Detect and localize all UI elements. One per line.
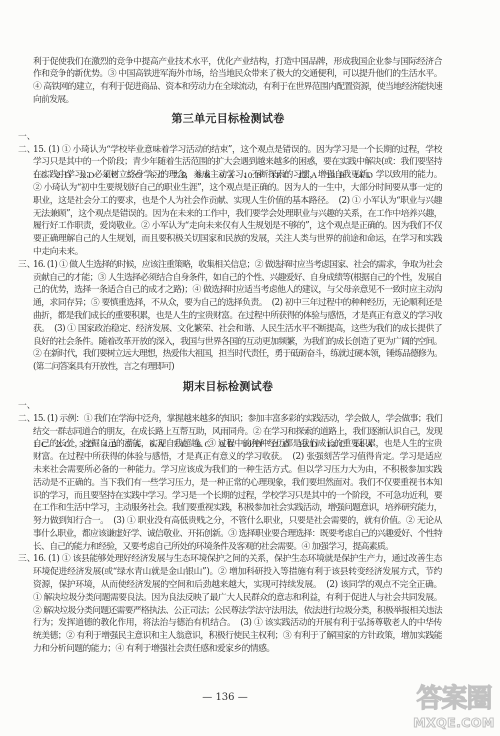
line-text: 事什么职业，都应该谦虚好学、诚信敬业、开拓创新。③ 选择职业要合理选择：既要考虑…: [33, 529, 442, 539]
text-line: 识的学习，而且要坚持在实践中学习。学习是一个长期的过程，学校学习只是其中的一个阶…: [33, 490, 442, 503]
line-text: 中走向未来。: [33, 247, 83, 257]
line-text: 未来社会需要所必备的一种能力。学习应该成为我们的一种生活方式。但以学习压力大为由…: [33, 465, 442, 475]
line-text: 环境促进经济发展(或“绿水青山就是金山银山”)。② 增加科研投入等措施有利于该县…: [33, 567, 442, 577]
text-line: 三、16. (1) ① 该县能够处理好经济发展与生态环境保护之间的关系，保护生态…: [33, 553, 442, 566]
page-content: 利于促使我们在激烈的竞争中提高产业技术水平，优化产业结构，打造中国品牌，形成我国…: [33, 56, 442, 656]
text-line: 在实践中学习)；必须树立终身学习的理念，养成主动学习、不断探索的习惯，增强自我更…: [33, 169, 442, 182]
line-text: ② 解决垃圾分类问题还需要严格执法、公正司法；公民尊法学法守法用法，依法进行垃圾…: [33, 606, 442, 616]
text-line: 未来社会需要所必备的一种能力。学习应该成为我们的一种生活方式。但以学习压力大为由…: [33, 464, 442, 477]
question-label: 二、: [18, 413, 36, 426]
text-line: (第二问答案具有开放性，言之有理即可): [33, 361, 442, 374]
line-text: 活动是不正确的。当下我们有一些学习压力，是一种正常的心理现象，我们要坦然面对。我…: [33, 478, 442, 488]
text-line: 二、15. (1) 示例：① 我们在学海中泛舟，掌握越来越多的知识；参加丰富多彩…: [33, 413, 442, 426]
line-text: 结交一群志同道合的朋友，在成长路上互帮互助，风雨同舟。② 在学习和探索的道路上，…: [33, 427, 442, 437]
document-page: 利于促使我们在激烈的竞争中提高产业技术水平，优化产业结构，打造中国品牌，形成我国…: [0, 0, 500, 736]
answer-line: 一、 1.C 2.C 3.D 4.B 5.A 6.A 7.C 8.C 9.B 1…: [33, 400, 442, 413]
text-line: ② 解决垃圾分类问题还需要严格执法、公正司法；公民尊法学法守法用法，依法进行垃圾…: [33, 605, 442, 618]
line-text: ② 小琦认为“初中生要规划好自己的职业生涯”，这个观点是正确的。因为人的一生中，…: [33, 183, 442, 193]
line-text: 统美德；② 有利于增强民主意识和主人翁意识，积极行使民主权利；③ 有利于了解国家…: [33, 631, 442, 641]
text-line: 努力做到知行合一。 (3) ① 职业没有高低贵贱之分，不管什么职业，只要是社会需…: [33, 515, 442, 528]
text-line: 通，求同存异；⑤ 要慎重选择，不从众，要为自己的选择负责。 (2) 初中三年过程…: [33, 297, 442, 310]
line-text: 努力做到知行合一。 (3) ① 职业没有高低贵贱之分，不管什么职业，只要是社会需…: [33, 516, 442, 526]
question-label: 三、: [18, 259, 36, 272]
text-line: 获。 (3) ① 国家政治稳定、经济发展、文化繁荣、社会和谐、人民生活水平不断提…: [33, 323, 442, 336]
text-line: 在工作和生活中学习，主动服务社会。我们要重视实践，积极参加社会实践活动，增强问题…: [33, 502, 442, 515]
text-line: 履行好工作职责，爱岗敬业。② 小军认为“走向未来仅有人生规划是不够的”，这个观点…: [33, 220, 442, 233]
line-text: 在工作和生活中学习，主动服务社会。我们要重视实践，积极参加社会实践活动，增强问题…: [33, 503, 442, 513]
text-line: 活动是不正确的。当下我们有一些学习压力，是一种正常的心理现象，我们要坦然面对。我…: [33, 477, 442, 490]
text-line: 职业，这是社会分工的要求，也是个人为社会作贡献、实现人生价值的基本路径。 (2)…: [33, 195, 442, 208]
line-text: 作和竞争的新优势。③ 中国高铁进军海外市场，给当地民众带来了极大的交通便利，可以…: [33, 69, 442, 79]
text-line: 财富。在过程中所获得的体验与感悟，才是真正有意义的学习收获。 (2) 张强刻苦学…: [33, 451, 442, 464]
text-line: 二、15. (1) ① 小琦认为“学校毕业意味着学习活动的结束”，这个观点是错误…: [33, 144, 442, 157]
text-line: 环境促进经济发展(或“绿水青山就是金山银山”)。② 增加科研投入等措施有利于该县…: [33, 566, 442, 579]
text-line: 己的优势，选择一条适合自己的成才之路)；④ 做选择时应适当考虑他人的建议，与父母…: [33, 284, 442, 297]
line-text: 识的学习，而且要坚持在实践中学习。学习是一个长期的过程，学校学习只是其中的一个阶…: [33, 491, 442, 501]
question-label: 三、: [18, 553, 36, 566]
text-line: 良好的社会条件。随着改革开放的深入，我国与世界各国的互动更加频繁，为我们的成长创…: [33, 336, 442, 349]
text-line: 利于促使我们在激烈的竞争中提高产业技术水平，优化产业结构，打造中国品牌，形成我国…: [33, 56, 442, 69]
text-line: ① 解决垃圾分类问题需要良法。因为良法反映了最广大人民群众的意志和利益，有利于促…: [33, 592, 442, 605]
line-text: 学习只是其中的一个阶段；青少年随着生活范围的扩大会遇到越来越多的困惑，要在实践中…: [33, 157, 442, 167]
section-title: 第三单元目标检测试卷: [33, 107, 442, 131]
line-text: 15. (1) ① 小琦认为“学校毕业意味着学习活动的结束”，这个观点是错误的。…: [33, 145, 442, 155]
text-line: 中走向未来。: [33, 246, 442, 259]
text-line: 贡献自己的才能；③ 人生选择必须结合自身条件，如自己的个性、兴趣爱好、自身成绩等…: [33, 272, 442, 285]
text-line: ② 在新时代，我们要树立远大理想，热爱伟大祖国，担当时代责任，勇于砥砺奋斗，练就…: [33, 348, 442, 361]
line-text: 良好的社会条件。随着改革开放的深入，我国与世界各国的互动更加频繁，为我们的成长创…: [33, 337, 442, 347]
text-line: 自己的长处，挖掘自己的潜能，实现自我超越。③ 过程中的种种经历都是我们成长的重要…: [33, 438, 442, 451]
line-text: 要正确理解自己的人生规划，而且要积极关切国家和民族的发展，关注人类与世界的前途和…: [33, 234, 442, 244]
watermark: 答案圈 MXQE.COM: [409, 682, 499, 730]
text-line: ④ 高铁网的建立，有利于促进商品、资本和劳动力在全球流动，有利于在世界范围内配置…: [33, 81, 442, 94]
line-text: 己的优势，选择一条适合自己的成才之路)；④ 做选择时应适当考虑他人的建议，与父母…: [33, 285, 442, 295]
text-line: 作和竞争的新优势。③ 中国高铁进军海外市场，给当地民众带来了极大的交通便利，可以…: [33, 68, 442, 81]
question-label: 一、: [18, 400, 36, 413]
line-text: 16. (1) ① 做人生选择的时候，应该注重策略，收集相关信息；② 做选择时应…: [33, 260, 442, 270]
line-text: 在实践中学习)；必须树立终身学习的理念，养成主动学习、不断探索的习惯，增强自我更…: [33, 170, 442, 180]
question-label: 一、: [18, 131, 36, 144]
text-line: 长、自己的能力和经验，又要考虑自己所处的环境条件及客观的社会需要。④ 加强学习，…: [33, 541, 442, 554]
watermark-logo: 答案圈: [409, 682, 499, 716]
text-line: 行为；发挥道德的教化作用，将法治与德治有机结合。 (3) ① 该实践活动的开展有…: [33, 617, 442, 630]
line-text: 贡献自己的才能；③ 人生选择必须结合自身条件，如自己的个性、兴趣爱好、自身成绩等…: [33, 273, 442, 283]
text-line: 结交一群志同道合的朋友，在成长路上互帮互助，风雨同舟。② 在学习和探索的道路上，…: [33, 426, 442, 439]
line-text: (第二问答案具有开放性，言之有理即可): [33, 362, 174, 372]
line-text: ④ 高铁网的建立，有利于促进商品、资本和劳动力在全球流动，有利于在世界范围内配置…: [33, 82, 442, 92]
text-line: 资源，保护环境，从而使经济发展的空间和后劲越来越大，实现可持续发展。 (2) 该…: [33, 579, 442, 592]
section-title: 期末目标检测试卷: [33, 374, 442, 400]
text-line: 无法兼顾”，这个观点是错误的。因为在未来的工作中，我们要学会处理职业与兴趣的关系…: [33, 208, 442, 221]
text-line: 学习只是其中的一个阶段；青少年随着生活范围的扩大会遇到越来越多的困惑，要在实践中…: [33, 156, 442, 169]
line-text: 获。 (3) ① 国家政治稳定、经济发展、文化繁荣、社会和谐、人民生活水平不断提…: [33, 324, 442, 334]
watermark-site: MXQE.COM: [409, 716, 499, 730]
text-line: 向前发展。: [33, 94, 442, 107]
line-text: 通，求同存异；⑤ 要慎重选择，不从众，要为自己的选择负责。 (2) 初中三年过程…: [33, 298, 442, 308]
line-text: 财富。在过程中所获得的体验与感悟，才是真正有意义的学习收获。 (2) 张强刻苦学…: [33, 452, 442, 462]
line-text: 行为；发挥道德的教化作用，将法治与德治有机结合。 (3) ① 该实践活动的开展有…: [33, 618, 442, 628]
text-line: 曲折，都是我们成长的重要积累，也是人生的宝贵财富。在过程中所获得的体验与感悟，才…: [33, 310, 442, 323]
line-text: 自己的长处，挖掘自己的潜能，实现自我超越。③ 过程中的种种经历都是我们成长的重要…: [33, 439, 442, 449]
text-line: ② 小琦认为“初中生要规划好自己的职业生涯”，这个观点是正确的。因为人的一生中，…: [33, 182, 442, 195]
text-line: 三、16. (1) ① 做人生选择的时候，应该注重策略，收集相关信息；② 做选择…: [33, 259, 442, 272]
line-text: 职业，这是社会分工的要求，也是个人为社会作贡献、实现人生价值的基本路径。 (2)…: [33, 196, 442, 206]
text-line: 要正确理解自己的人生规划，而且要积极关切国家和民族的发展，关注人类与世界的前途和…: [33, 233, 442, 246]
question-label: 二、: [18, 144, 36, 157]
line-text: 长、自己的能力和经验，又要考虑自己所处的环境条件及客观的社会需要。④ 加强学习，…: [33, 542, 393, 552]
line-text: 曲折，都是我们成长的重要积累，也是人生的宝贵财富。在过程中所获得的体验与感悟，才…: [33, 311, 442, 321]
text-line: 统美德；② 有利于增强民主意识和主人翁意识，积极行使民主权利；③ 有利于了解国家…: [33, 630, 442, 643]
page-number: — 136 —: [190, 692, 260, 704]
text-line: 力和分析问题的能力；④ 有利于增强社会责任感和爱家乡的情感。: [33, 643, 442, 656]
line-text: ② 在新时代，我们要树立远大理想，热爱伟大祖国，担当时代责任，勇于砥砺奋斗，练就…: [33, 349, 442, 359]
line-text: 16. (1) ① 该县能够处理好经济发展与生态环境保护之间的关系，保护生态环境…: [33, 554, 442, 564]
line-text: 力和分析问题的能力；④ 有利于增强社会责任感和爱家乡的情感。: [33, 644, 275, 654]
answer-line: 一、 1.C 2.D 3.D 4.C 5.C 6.C 7.B 8.B 9.A 1…: [33, 131, 442, 144]
line-text: ① 解决垃圾分类问题需要良法。因为良法反映了最广大人民群众的意志和利益，有利于促…: [33, 593, 442, 603]
line-text: 15. (1) 示例：① 我们在学海中泛舟，掌握越来越多的知识；参加丰富多彩的实…: [33, 414, 442, 424]
line-text: 无法兼顾”，这个观点是错误的。因为在未来的工作中，我们要学会处理职业与兴趣的关系…: [33, 209, 442, 219]
text-line: 事什么职业，都应该谦虚好学、诚信敬业、开拓创新。③ 选择职业要合理选择：既要考虑…: [33, 528, 442, 541]
line-text: 履行好工作职责，爱岗敬业。② 小军认为“走向未来仅有人生规划是不够的”，这个观点…: [33, 221, 442, 231]
line-text: 向前发展。: [33, 95, 74, 105]
line-text: 资源，保护环境，从而使经济发展的空间和后劲越来越大，实现可持续发展。 (2) 该…: [33, 580, 442, 590]
line-text: 利于促使我们在激烈的竞争中提高产业技术水平，优化产业结构，打造中国品牌，形成我国…: [33, 57, 442, 67]
